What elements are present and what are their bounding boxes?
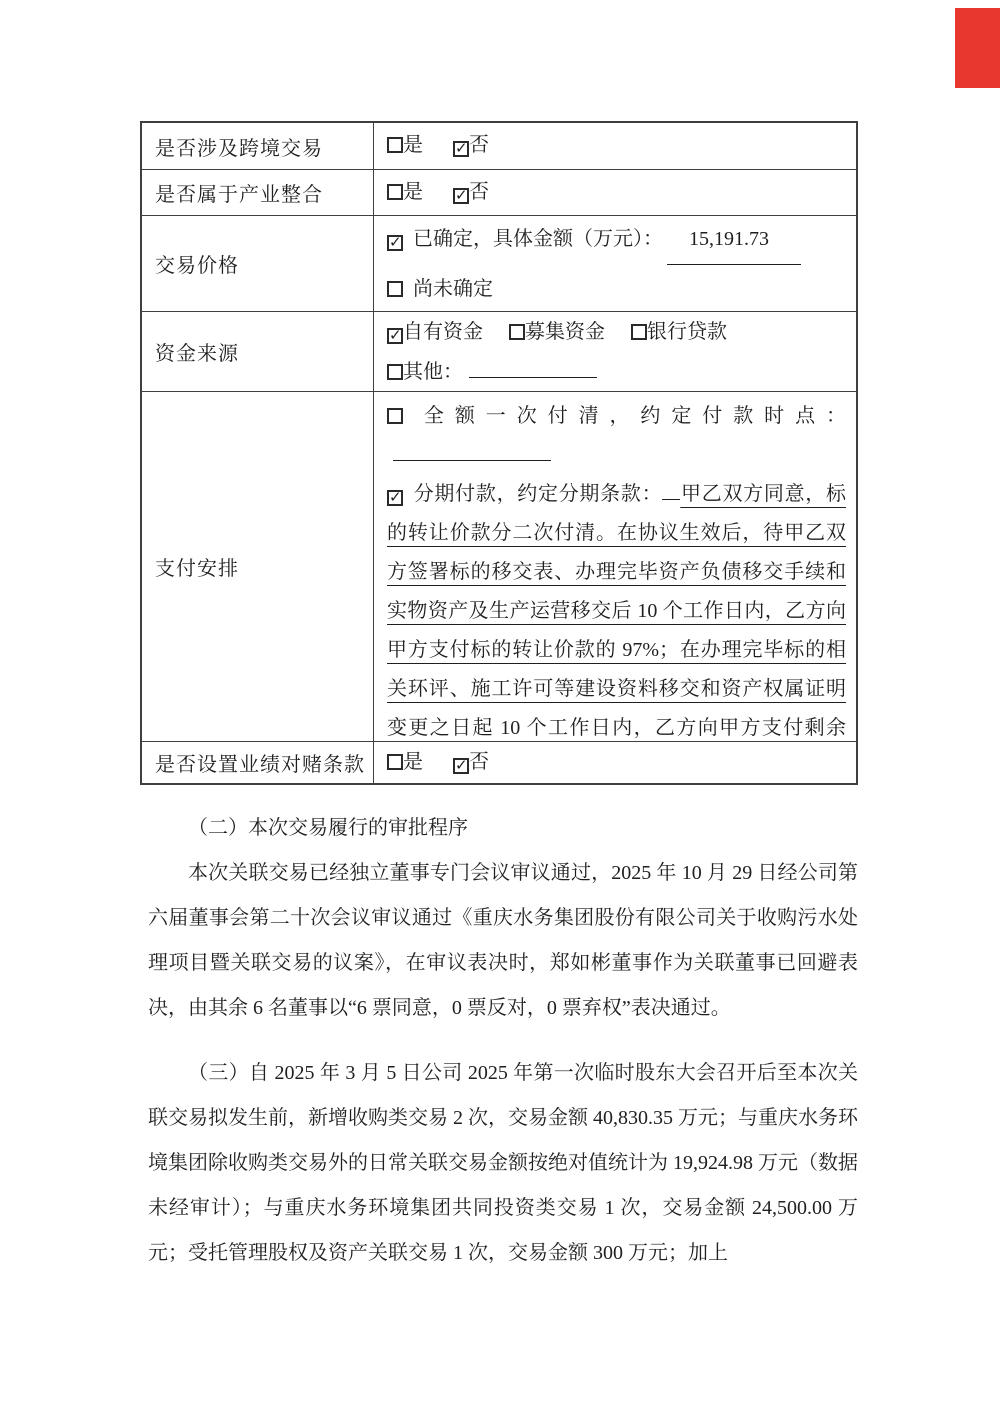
option-no-label: 否 bbox=[469, 751, 489, 773]
checkbox-checked-icon: ✓ bbox=[387, 235, 403, 251]
checkbox-checked-icon: ✓ bbox=[387, 328, 403, 344]
row-label: 是否涉及跨境交易 bbox=[142, 123, 374, 169]
funding-own-label: 自有资金 bbox=[403, 321, 483, 343]
option-yes-label: 是 bbox=[403, 134, 423, 156]
installment-option: ✓分期付款，约定分期条款：甲乙双方同意，标的转让价款分二次付清。在协议生效后，待… bbox=[387, 475, 846, 741]
row-label: 支付安排 bbox=[142, 392, 374, 741]
checkbox-checked-icon: ✓ bbox=[453, 141, 469, 157]
option-yes-label: 是 bbox=[403, 751, 423, 773]
lump-sum-label: 全额一次付清，约定付款时点： bbox=[413, 405, 846, 427]
document-body: （二）本次交易履行的审批程序 本次关联交易已经独立董事专门会议审议通过，2025… bbox=[148, 806, 858, 1276]
funding-options: ✓自有资金募集资金银行贷款 bbox=[387, 312, 846, 352]
funding-other-label: 其他： bbox=[403, 361, 463, 383]
price-determined-label: 已确定，具体金额（万元）： bbox=[413, 228, 663, 250]
funding-raised-label: 募集资金 bbox=[525, 321, 605, 343]
checkbox-unchecked-icon bbox=[387, 184, 403, 200]
row-label: 是否设置业绩对赌条款 bbox=[142, 742, 374, 783]
yes-no-options: 是✓否 bbox=[387, 752, 846, 774]
blank-underline bbox=[469, 356, 597, 378]
installment-clause-text: 甲乙双方同意，标的转让价款分二次付清。在协议生效后，待甲乙双方签署标的移交表、办… bbox=[387, 483, 846, 741]
table-row-payment-arrangement: 支付安排 全额一次付清，约定付款时点： ✓分期付款，约定分期条款：甲乙双方同意，… bbox=[142, 391, 856, 741]
table-row-cross-border: 是否涉及跨境交易 是✓否 bbox=[142, 123, 856, 169]
option-no-label: 否 bbox=[469, 134, 489, 156]
funding-loan-label: 银行贷款 bbox=[647, 321, 727, 343]
lump-sum-option: 全额一次付清，约定付款时点： bbox=[387, 397, 846, 475]
funding-other-option: 其他： bbox=[387, 352, 846, 392]
row-label: 交易价格 bbox=[142, 216, 374, 311]
price-amount-value: 15,191.73 bbox=[667, 216, 801, 265]
checkbox-unchecked-icon bbox=[387, 137, 403, 153]
checkbox-unchecked-icon bbox=[387, 364, 403, 380]
blank-underline bbox=[662, 478, 680, 500]
blank-underline bbox=[393, 439, 551, 461]
checkbox-checked-icon: ✓ bbox=[453, 188, 469, 204]
checkbox-unchecked-icon bbox=[387, 754, 403, 770]
option-yes-label: 是 bbox=[403, 181, 423, 203]
price-undetermined-label: 尚未确定 bbox=[413, 278, 493, 300]
transaction-details-table: 是否涉及跨境交易 是✓否 是否属于产业整合 是✓否 交易价格 ✓已确定，具体金额… bbox=[140, 121, 858, 785]
option-no-label: 否 bbox=[469, 181, 489, 203]
table-row-industry-integration: 是否属于产业整合 是✓否 bbox=[142, 169, 856, 215]
table-row-transaction-price: 交易价格 ✓已确定，具体金额（万元）：15,191.73 尚未确定 bbox=[142, 215, 856, 311]
checkbox-unchecked-icon bbox=[387, 408, 403, 424]
row-label: 是否属于产业整合 bbox=[142, 170, 374, 215]
checkbox-unchecked-icon bbox=[387, 281, 403, 297]
document-page: 是否涉及跨境交易 是✓否 是否属于产业整合 是✓否 交易价格 ✓已确定，具体金额… bbox=[0, 0, 1000, 1414]
paragraph-approval-procedure: 本次关联交易已经独立董事专门会议审议通过，2025 年 10 月 29 日经公司… bbox=[148, 851, 858, 1031]
price-undetermined-option: 尚未确定 bbox=[387, 265, 846, 312]
checkbox-checked-icon: ✓ bbox=[453, 758, 469, 774]
yes-no-options: 是✓否 bbox=[387, 135, 846, 157]
checkbox-unchecked-icon bbox=[631, 324, 647, 340]
table-row-funding-source: 资金来源 ✓自有资金募集资金银行贷款 其他： bbox=[142, 311, 856, 391]
row-label: 资金来源 bbox=[142, 312, 374, 391]
checkbox-unchecked-icon bbox=[509, 324, 525, 340]
checkbox-checked-icon: ✓ bbox=[387, 490, 403, 506]
section-heading-approval: （二）本次交易履行的审批程序 bbox=[148, 806, 858, 851]
table-row-performance-bet: 是否设置业绩对赌条款 是✓否 bbox=[142, 741, 856, 783]
yes-no-options: 是✓否 bbox=[387, 182, 846, 204]
red-marker bbox=[955, 8, 1000, 88]
installment-prefix-label: 分期付款，约定分期条款： bbox=[413, 483, 662, 505]
paragraph-prior-transactions: （三）自 2025 年 3 月 5 日公司 2025 年第一次临时股东大会召开后… bbox=[148, 1051, 858, 1276]
price-determined-option: ✓已确定，具体金额（万元）：15,191.73 bbox=[387, 216, 846, 265]
